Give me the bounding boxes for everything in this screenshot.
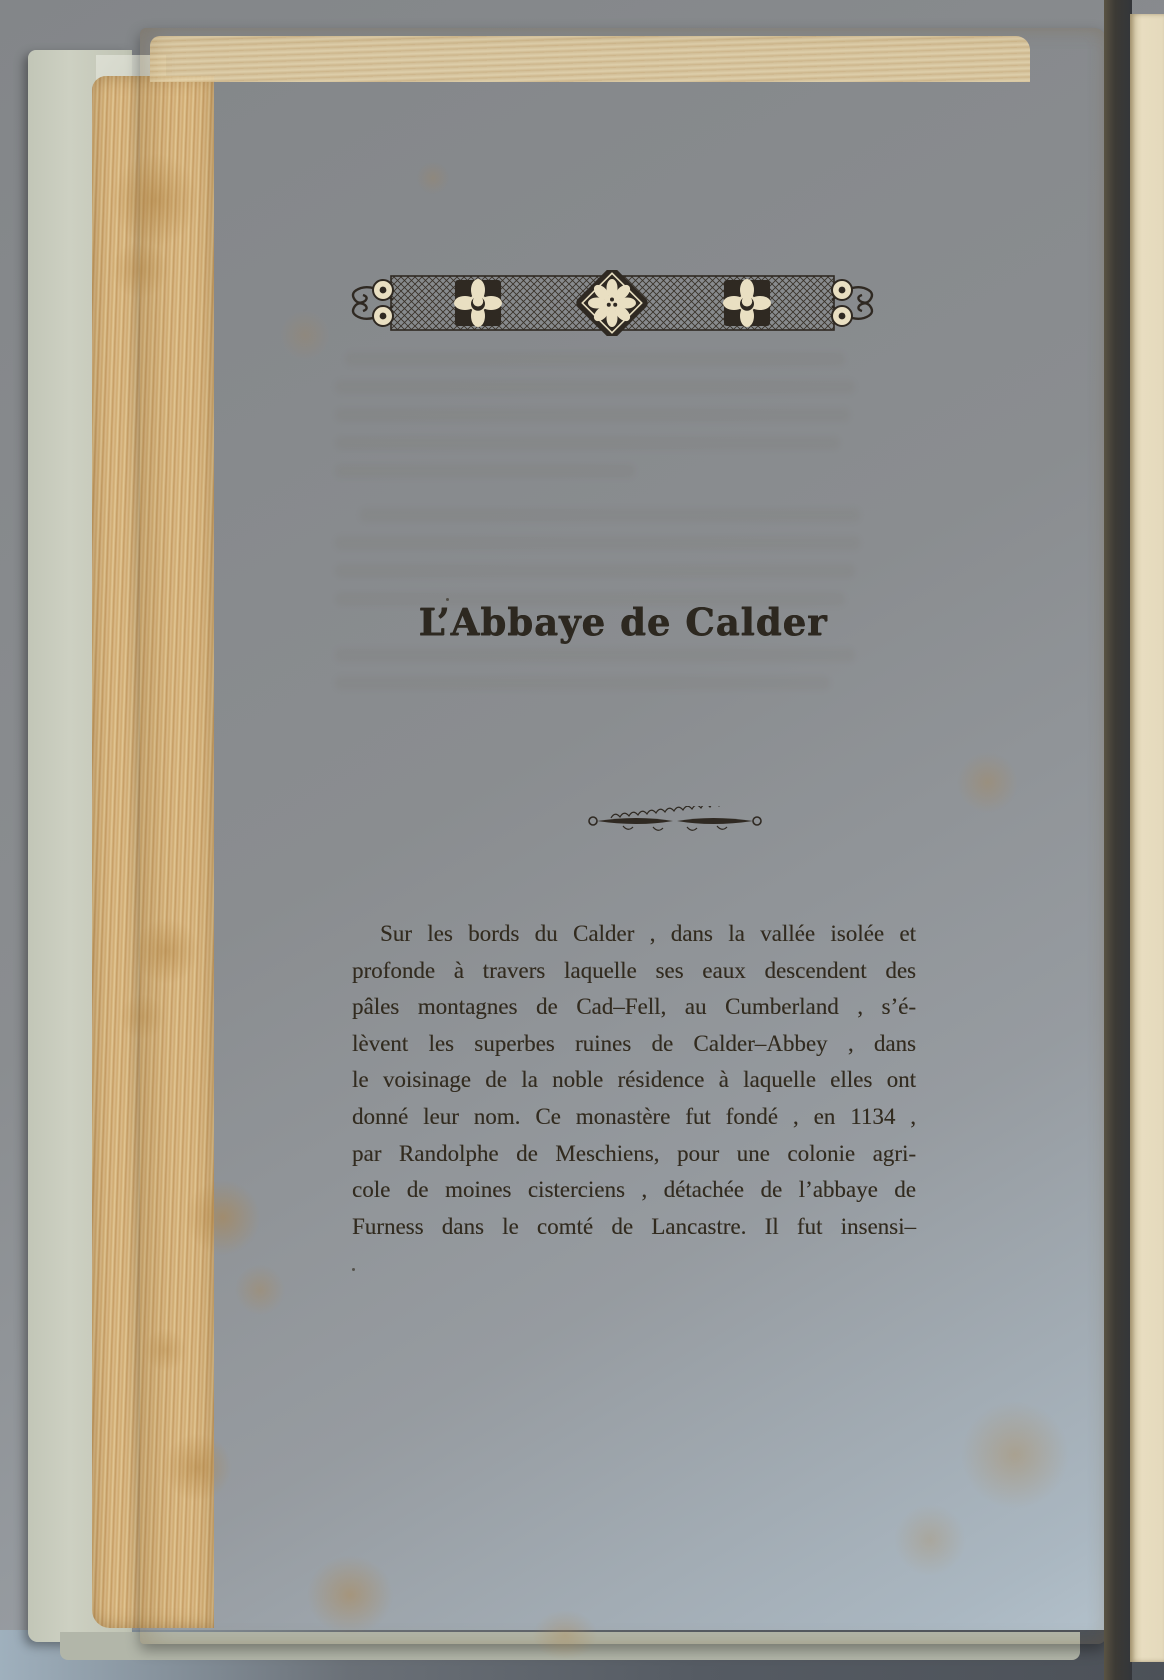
divider-ornament-icon bbox=[583, 806, 767, 836]
page-title: L’Abbaye de Calder bbox=[140, 598, 1106, 646]
paragraph-line: donné leur nom. Ce monastère fut fondé ,… bbox=[352, 1099, 916, 1136]
book-photo: L’Abbaye de Calder Sur les bords du Cald… bbox=[0, 0, 1164, 1680]
ink-speck bbox=[352, 1268, 355, 1271]
paragraph-line: Furness dans le comté de Lancastre. Il f… bbox=[352, 1209, 916, 1246]
paragraph-line: lèvent les superbes ruines de Calder–Abb… bbox=[352, 1026, 916, 1063]
next-page-sliver bbox=[1130, 14, 1164, 1662]
paragraph-line: par Randolphe de Meschiens, pour une col… bbox=[352, 1136, 916, 1173]
paragraph-line: le voisinage de la noble résidence à laq… bbox=[352, 1062, 916, 1099]
header-ornament-band-icon bbox=[345, 270, 880, 336]
paragraph-line: pâles montagnes de Cad–Fell, au Cumberla… bbox=[352, 989, 916, 1026]
paragraph-line: profonde à travers laquelle ses eaux des… bbox=[352, 953, 916, 990]
paragraph-line: cole de moines cisterciens , détachée de… bbox=[352, 1172, 916, 1209]
body-paragraph: Sur les bords du Calder , dans la vallée… bbox=[352, 916, 916, 1245]
paragraph-line: Sur les bords du Calder , dans la vallée… bbox=[352, 916, 916, 953]
gutter-shadow bbox=[1104, 0, 1132, 1680]
